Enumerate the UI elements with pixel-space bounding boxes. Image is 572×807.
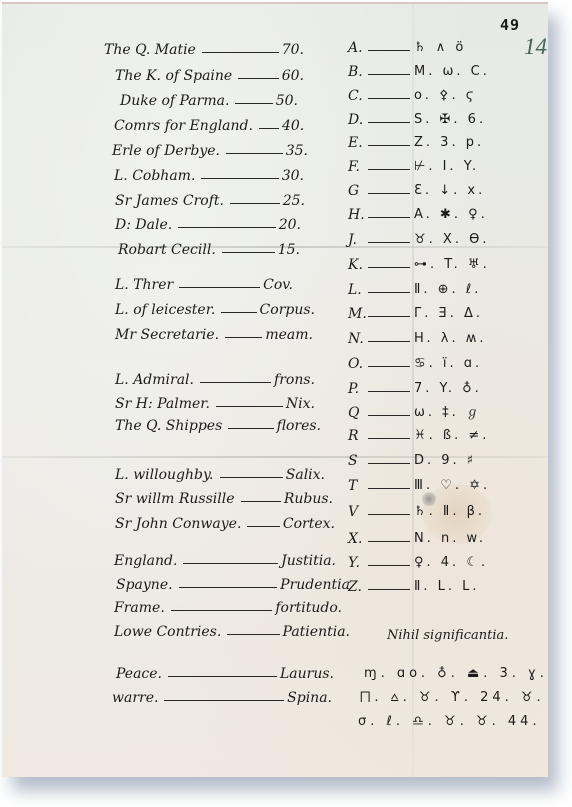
- entry-dash: [202, 52, 279, 53]
- cipher-symbols: Z. 3. p.: [414, 135, 484, 151]
- entry-name: The K. of Spaine: [115, 68, 232, 84]
- cipher-symbols: ⊶. T. ♅.: [414, 257, 490, 273]
- plain-letter: C.: [348, 88, 366, 104]
- cipher-entry: The K. of Spaine60.: [115, 68, 304, 84]
- entry-code: Laurus.: [280, 666, 334, 682]
- alphabet-entry: J.♉. X. ϴ.: [348, 232, 489, 248]
- cipher-symbols: ♋. ï. ɑ.: [414, 356, 482, 372]
- manuscript-page: 49 14 The Q. Matie70. The K. of Spaine60…: [2, 2, 548, 777]
- entry-dash: [216, 406, 283, 407]
- entry-dash: [368, 316, 410, 317]
- entry-dash: [368, 438, 410, 439]
- entry-code: flores.: [277, 418, 321, 434]
- entry-name: Sr willm Russille: [115, 491, 235, 507]
- cipher-entry: Spayne.Prudentia: [116, 577, 350, 593]
- plain-letter: Z.: [348, 579, 366, 595]
- folio-number: 49: [500, 16, 520, 34]
- entry-code: frons.: [274, 372, 315, 388]
- entry-code: Patientia.: [283, 624, 350, 640]
- alphabet-entry: SD. 9. ♯: [348, 453, 476, 469]
- alphabet-entry: GƐ. ↓. x.: [348, 183, 485, 199]
- entry-dash: [368, 267, 410, 268]
- entry-dash: [201, 178, 278, 179]
- cipher-entry: L. of leicester.Corpus.: [115, 302, 315, 318]
- null-symbols-line: σ. ℓ. ♎. ♉. ♉. 44.: [358, 714, 541, 729]
- entry-name: D: Dale.: [115, 217, 172, 233]
- cipher-symbols: Ɛ. ↓. x.: [414, 183, 485, 199]
- entry-dash: [368, 169, 410, 170]
- cipher-symbols: ⊬. I. Y.: [414, 159, 479, 175]
- cipher-entry: warre.Spina.: [112, 690, 332, 706]
- entry-name: Lowe Contries.: [114, 624, 221, 640]
- plain-letter: A.: [348, 40, 366, 56]
- cipher-symbols: Γ. Ǝ. Δ.: [414, 306, 483, 322]
- alphabet-entry: L.Ⅱ. ⊕. ℓ.: [348, 282, 481, 298]
- null-symbols-line: ɱ. ɑo. ♁. ⏏. 3. ɣ.: [364, 666, 548, 681]
- entry-dash: [171, 610, 273, 611]
- entry-dash: [368, 589, 410, 590]
- entry-name: Frame.: [114, 600, 165, 616]
- entry-code: Cov.: [263, 277, 293, 293]
- entry-name: Sr James Croft.: [115, 193, 224, 209]
- plain-letter: N.: [348, 331, 366, 347]
- alphabet-entry: M.Γ. Ǝ. Δ.: [348, 306, 483, 322]
- entry-dash: [183, 563, 278, 564]
- cipher-symbols: ♄. Ⅱ. β.: [414, 504, 485, 520]
- plain-letter: T: [348, 478, 366, 494]
- entry-dash: [220, 477, 283, 478]
- cipher-entry: Sr willm RussilleRubus.: [115, 491, 333, 507]
- entry-name: Comrs for England.: [114, 118, 253, 134]
- entry-dash: [227, 634, 279, 635]
- cipher-entry: Robart Cecill.15.: [118, 242, 300, 258]
- entry-dash: [368, 292, 410, 293]
- entry-code: Corpus.: [260, 302, 315, 318]
- entry-name: Peace.: [116, 666, 162, 682]
- alphabet-entry: H.A. ✱. ♀.: [348, 207, 488, 223]
- entry-dash: [368, 565, 410, 566]
- alphabet-entry: P.7. Y. ♁.: [348, 381, 482, 397]
- entry-dash: [259, 128, 279, 129]
- entry-name: L. of leicester.: [115, 302, 215, 318]
- entry-name: L. willoughby.: [115, 467, 214, 483]
- entry-dash: [225, 337, 262, 338]
- cipher-entry: Mr Secretarie.meam.: [115, 327, 313, 343]
- cipher-symbols: ♄ ∧ ö: [414, 40, 466, 56]
- entry-code: Prudentia: [280, 577, 350, 593]
- alphabet-entry: C.o. ⚴. ϛ: [348, 88, 476, 104]
- entry-code: 30.: [282, 168, 304, 184]
- cipher-symbols: ♀. 4. ☾.: [414, 555, 488, 571]
- entry-dash: [226, 153, 283, 154]
- entry-dash: [368, 74, 410, 75]
- entry-code: 60.: [282, 68, 304, 84]
- entry-code: meam.: [265, 327, 313, 343]
- entry-dash: [221, 312, 256, 313]
- plain-letter: M.: [348, 306, 366, 322]
- entry-dash: [368, 463, 410, 464]
- cipher-entry: Sr James Croft.25.: [115, 193, 305, 209]
- alphabet-entry: K.⊶. T. ♅.: [348, 257, 490, 273]
- cipher-symbols: Ⅱ. L. L.: [414, 579, 480, 595]
- entry-code: Justitia.: [281, 553, 336, 569]
- entry-dash: [368, 145, 410, 146]
- alphabet-entry: R♓. ß. ≠.: [348, 428, 489, 444]
- alphabet-entry: B.M. ω. C.: [348, 64, 490, 80]
- alphabet-entry: D.S. ✠. 6.: [348, 112, 486, 128]
- entry-code: 40.: [282, 118, 304, 134]
- plain-letter: Q: [348, 405, 366, 421]
- plain-letter: K.: [348, 257, 366, 273]
- alphabet-entry: Y.♀. 4. ☾.: [348, 555, 488, 571]
- plain-letter: E.: [348, 135, 366, 151]
- entry-dash: [235, 103, 272, 104]
- entry-dash: [368, 122, 410, 123]
- entry-name: Erle of Derbye.: [112, 143, 220, 159]
- entry-code: Salix.: [286, 467, 325, 483]
- nulls-heading: Nihil significantia.: [387, 628, 508, 643]
- cipher-entry: Lowe Contries.Patientia.: [114, 624, 350, 640]
- plain-letter: Y.: [348, 555, 366, 571]
- entry-dash: [368, 415, 410, 416]
- plain-letter: B.: [348, 64, 366, 80]
- alphabet-entry: Qω. ‡. ℊ: [348, 405, 482, 421]
- alphabet-entry: TⅢ. ♡. ✡.: [348, 478, 490, 494]
- cipher-symbols: ♉. X. ϴ.: [414, 232, 489, 248]
- entry-dash: [368, 488, 410, 489]
- entry-dash: [168, 676, 277, 677]
- entry-dash: [179, 287, 260, 288]
- entry-dash: [164, 700, 284, 701]
- plain-letter: J.: [348, 232, 366, 248]
- entry-code: 70.: [282, 42, 304, 58]
- entry-code: Rubus.: [284, 491, 333, 507]
- cipher-symbols: A. ✱. ♀.: [414, 207, 488, 223]
- cipher-symbols: 7. Y. ♁.: [414, 381, 482, 397]
- cipher-entry: The Q. Matie70.: [104, 42, 304, 58]
- entry-dash: [368, 98, 410, 99]
- alphabet-entry: O.♋. ï. ɑ.: [348, 356, 482, 372]
- entry-name: Robart Cecill.: [118, 242, 216, 258]
- entry-dash: [200, 382, 271, 383]
- cipher-symbols: S. ✠. 6.: [414, 112, 486, 128]
- cipher-symbols: o. ⚴. ϛ: [414, 88, 476, 104]
- entry-name: England.: [114, 553, 177, 569]
- plain-letter: O.: [348, 356, 366, 372]
- plain-letter: D.: [348, 112, 366, 128]
- entry-name: The Q. Matie: [104, 42, 196, 58]
- entry-dash: [228, 428, 273, 429]
- entry-name: L. Cobham.: [114, 168, 195, 184]
- entry-dash: [368, 193, 410, 194]
- entry-code: 20.: [279, 217, 301, 233]
- alphabet-entry: X.N. n. w.: [348, 531, 486, 547]
- plain-letter: X.: [348, 531, 366, 547]
- entry-code: 35.: [286, 143, 308, 159]
- cipher-symbols: M. ω. C.: [414, 64, 490, 80]
- plain-letter: P.: [348, 381, 366, 397]
- entry-name: Mr Secretarie.: [115, 327, 219, 343]
- cipher-symbols: N. n. w.: [414, 531, 486, 547]
- cipher-entry: Sr H: Palmer.Nix.: [115, 396, 315, 412]
- entry-name: Duke of Parma.: [120, 93, 229, 109]
- cipher-symbols: Ⅱ. ⊕. ℓ.: [414, 282, 481, 298]
- plain-letter: H.: [348, 207, 366, 223]
- entry-dash: [179, 587, 278, 588]
- alphabet-entry: A.♄ ∧ ö: [348, 40, 466, 56]
- cipher-entry: Peace.Laurus.: [116, 666, 334, 682]
- entry-dash: [178, 227, 276, 228]
- cipher-entry: Duke of Parma.50.: [120, 93, 298, 109]
- plain-letter: V: [348, 504, 366, 520]
- cipher-symbols: Ⅲ. ♡. ✡.: [414, 478, 490, 494]
- entry-name: The Q. Shippes: [115, 418, 222, 434]
- plain-letter: R: [348, 428, 366, 444]
- entry-code: 15.: [278, 242, 300, 258]
- cipher-entry: England.Justitia.: [114, 553, 336, 569]
- cipher-symbols: H. λ. ʍ.: [414, 331, 487, 347]
- entry-dash: [222, 252, 275, 253]
- plain-letter: F.: [348, 159, 366, 175]
- null-symbols-line: ⨅. ⩟. ♉. ϒ. 24. ♉.: [360, 690, 545, 705]
- entry-dash: [241, 501, 281, 502]
- alphabet-entry: Z.Ⅱ. L. L.: [348, 579, 480, 595]
- entry-dash: [230, 203, 280, 204]
- entry-dash: [238, 78, 279, 79]
- leaf-number: 14: [524, 34, 547, 60]
- entry-code: Cortex.: [283, 516, 335, 532]
- entry-dash: [368, 541, 410, 542]
- cipher-entry: D: Dale.20.: [115, 217, 301, 233]
- plain-letter: S: [348, 453, 366, 469]
- cipher-symbols: D. 9. ♯: [414, 453, 476, 469]
- cipher-entry: L. Cobham.30.: [114, 168, 304, 184]
- entry-name: warre.: [112, 690, 158, 706]
- entry-code: 25.: [283, 193, 305, 209]
- entry-name: Sr John Conwaye.: [115, 516, 241, 532]
- alphabet-entry: V♄. Ⅱ. β.: [348, 504, 485, 520]
- alphabet-entry: F.⊬. I. Y.: [348, 159, 479, 175]
- entry-code: fortitudo.: [275, 600, 342, 616]
- entry-name: L. Admiral.: [115, 372, 194, 388]
- entry-dash: [368, 217, 410, 218]
- cipher-entry: Sr John Conwaye.Cortex.: [115, 516, 335, 532]
- entry-dash: [368, 242, 410, 243]
- entry-code: 50.: [276, 93, 298, 109]
- cipher-entry: L. ThrerCov.: [115, 277, 293, 293]
- cipher-symbols: ω. ‡. ℊ: [414, 405, 482, 421]
- entry-code: Spina.: [287, 690, 332, 706]
- entry-name: L. Threr: [115, 277, 173, 293]
- cipher-entry: Erle of Derbye.35.: [112, 143, 308, 159]
- entry-dash: [368, 366, 410, 367]
- cipher-symbols: ♓. ß. ≠.: [414, 428, 489, 444]
- cipher-entry: Frame.fortitudo.: [114, 600, 342, 616]
- entry-dash: [247, 526, 280, 527]
- plain-letter: G: [348, 183, 366, 199]
- alphabet-entry: E.Z. 3. p.: [348, 135, 484, 151]
- entry-name: Sr H: Palmer.: [115, 396, 210, 412]
- entry-code: Nix.: [286, 396, 315, 412]
- entry-name: Spayne.: [116, 577, 173, 593]
- cipher-entry: L. Admiral.frons.: [115, 372, 315, 388]
- plain-letter: L.: [348, 282, 366, 298]
- alphabet-entry: N.H. λ. ʍ.: [348, 331, 487, 347]
- entry-dash: [368, 50, 410, 51]
- cipher-entry: The Q. Shippesflores.: [115, 418, 321, 434]
- entry-dash: [368, 514, 410, 515]
- entry-dash: [368, 391, 410, 392]
- cipher-entry: L. willoughby.Salix.: [115, 467, 325, 483]
- cipher-entry: Comrs for England.40.: [114, 118, 300, 134]
- entry-dash: [368, 341, 410, 342]
